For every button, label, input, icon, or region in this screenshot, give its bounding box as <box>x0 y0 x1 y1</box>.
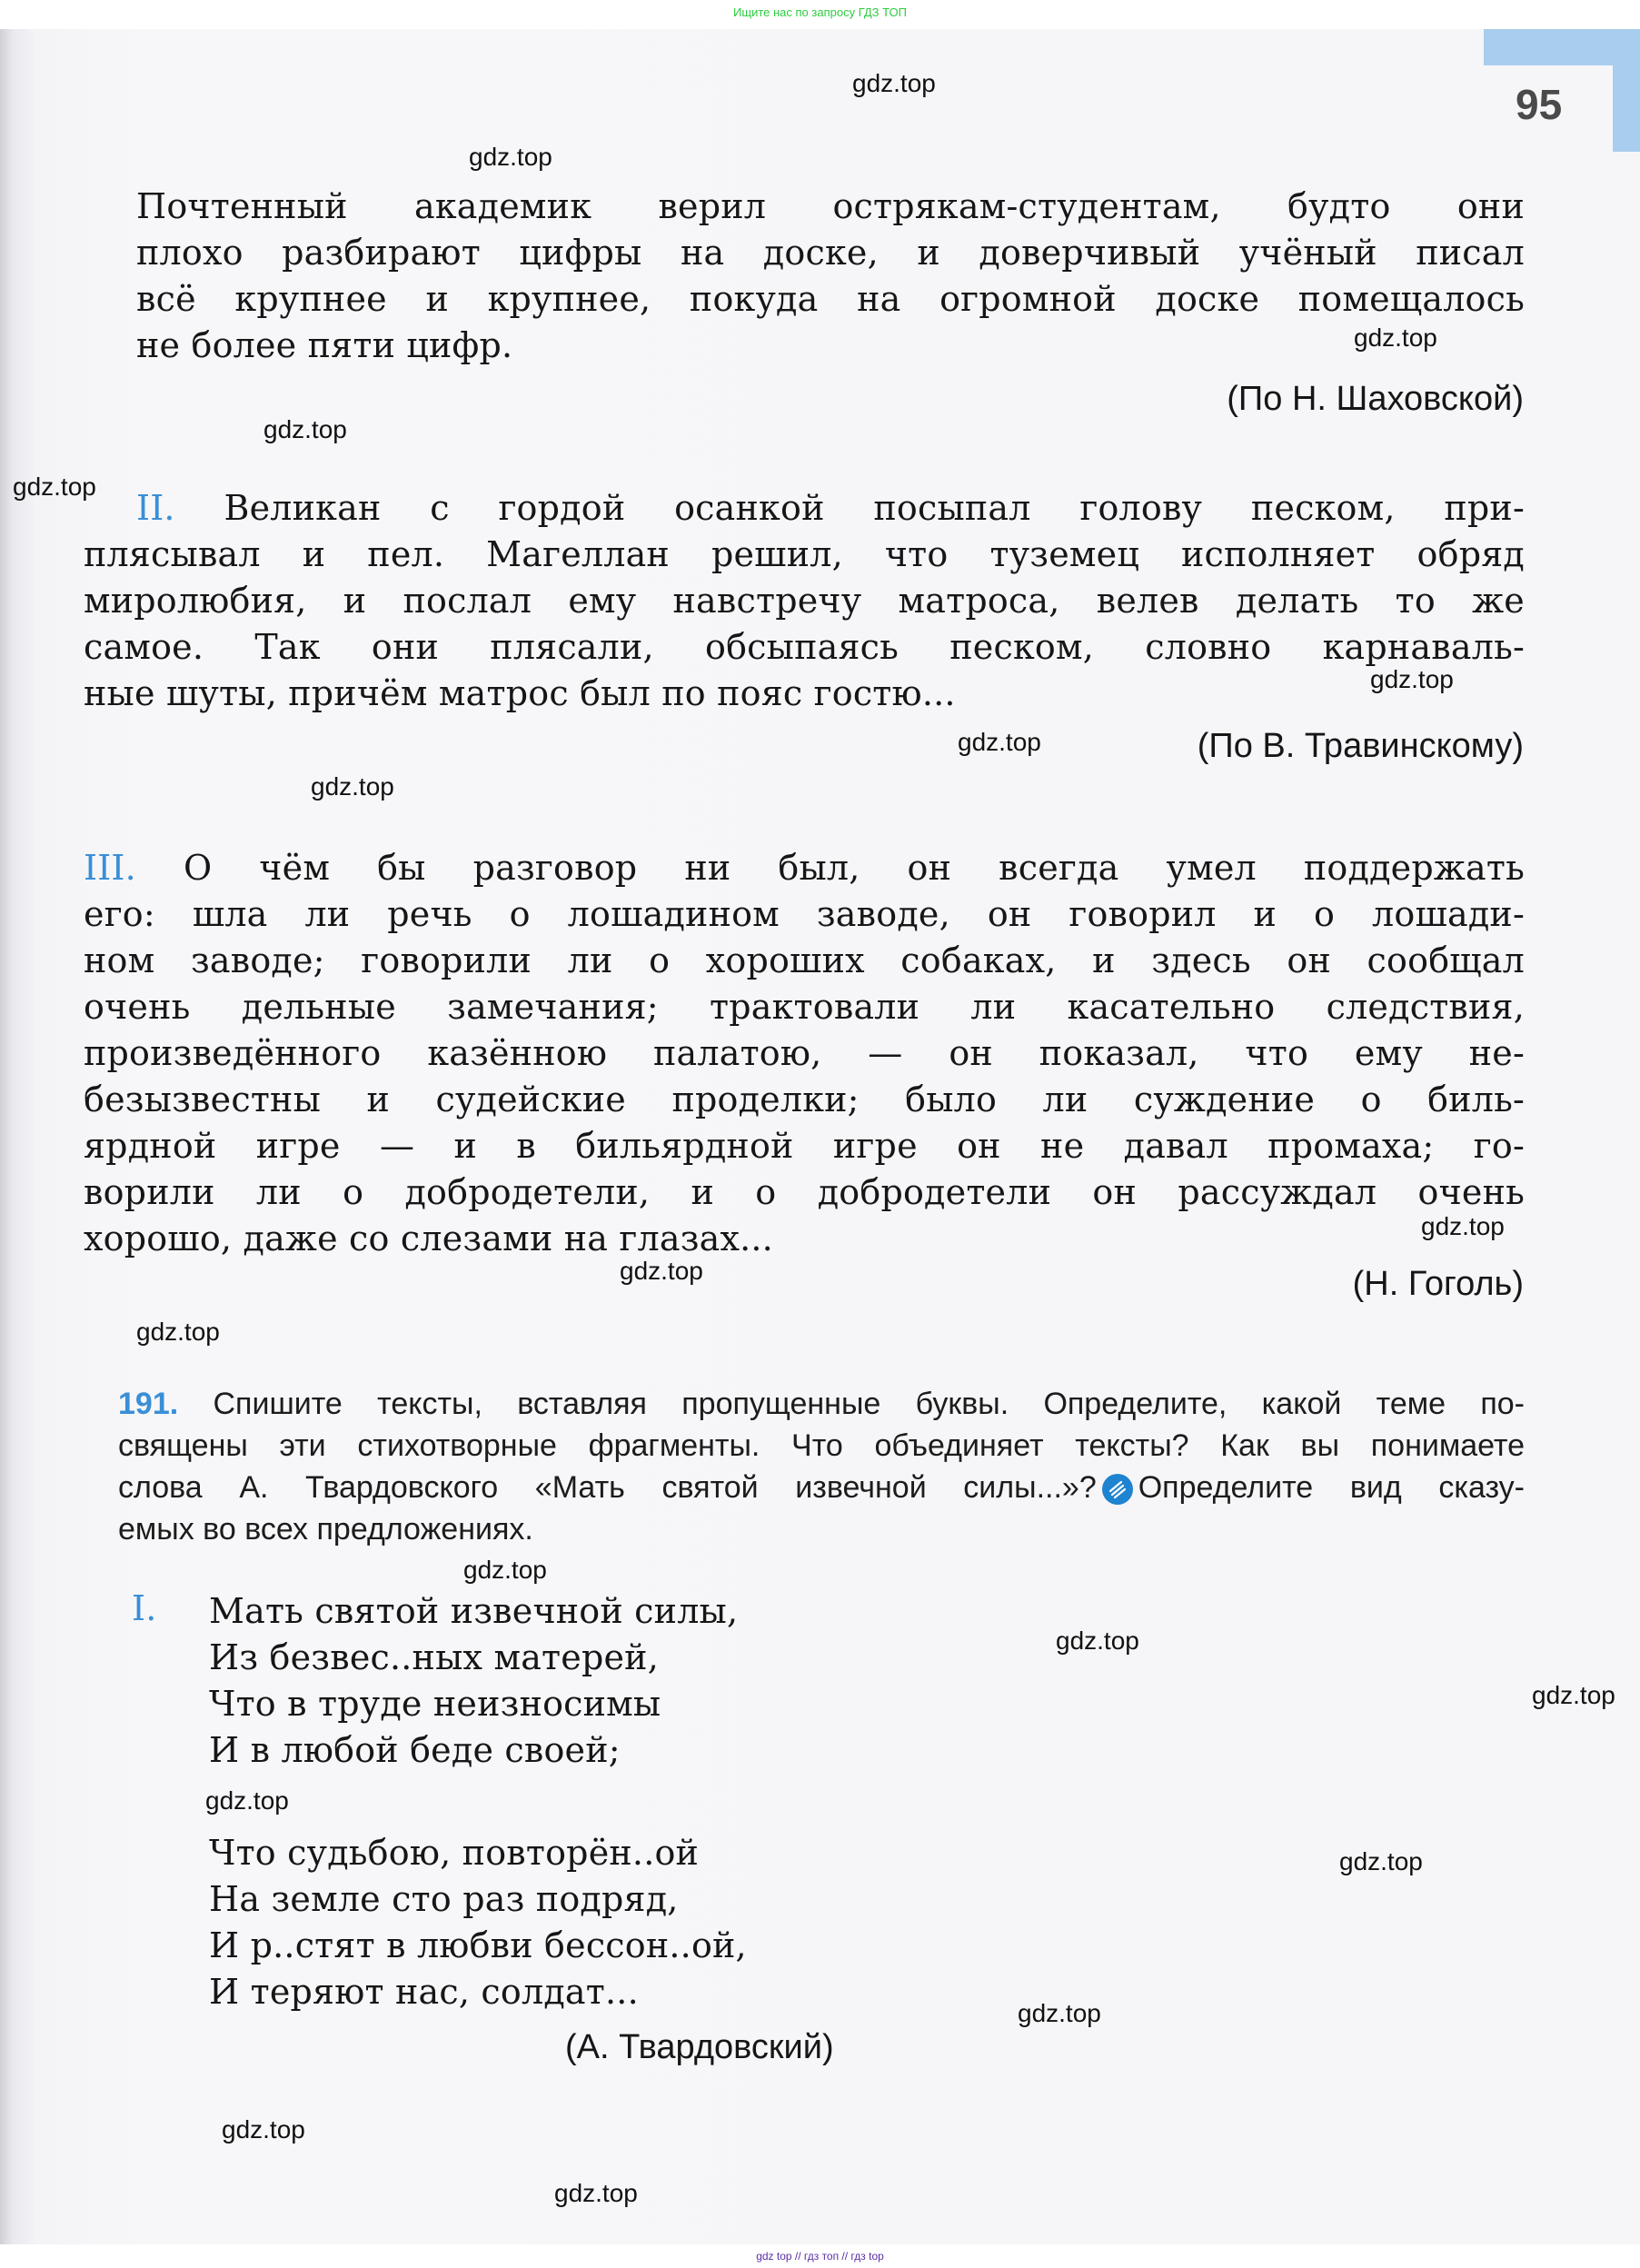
text-line: ворили ли о добродетели, и о добродетели… <box>84 1169 1525 1216</box>
poem-line: Что судьбою, повторён..ой <box>209 1830 747 1876</box>
task-line: емых во всех предложениях. <box>118 1508 1525 1550</box>
watermark: gdz.top <box>463 1556 547 1585</box>
watermark: gdz.top <box>222 2115 305 2144</box>
bottom-banner: gdz top // гдз топ // гдз top <box>0 2244 1640 2268</box>
roman-numeral: I. <box>132 1588 157 1628</box>
text-line: хорошо, даже со слезами на глазах... <box>84 1216 1525 1262</box>
poem-line: Мать святой извечной силы, <box>209 1588 738 1635</box>
poem-line: И р..стят в любви бессон..ой, <box>209 1923 747 1969</box>
watermark: gdz.top <box>554 2179 638 2208</box>
text-excerpt-2: II. Великан с гордой осанкой посыпал гол… <box>136 485 1525 717</box>
roman-numeral: III. <box>84 848 136 888</box>
poem-stanza-2: Что судьбою, повторён..ой На земле сто р… <box>209 1830 747 2015</box>
source-attribution: (По Н. Шаховской) <box>1227 380 1524 419</box>
task-line: слова А. Твардовского «Мать святой извеч… <box>118 1467 1525 1508</box>
text-line: III. О чём бы разговор ни был, он всегда… <box>84 845 1525 891</box>
text-line: не более пяти цифр. <box>136 323 1525 369</box>
watermark: gdz.top <box>263 415 347 444</box>
text-line: самое. Так они плясали, обсыпаясь песком… <box>84 624 1525 671</box>
task-line: 191. Спишите тексты, вставляя пропущенны… <box>118 1383 1525 1425</box>
exercise-191: 191. Спишите тексты, вставляя пропущенны… <box>118 1383 1525 1550</box>
text-line: ярдной игре — и в бильярдной игре он не … <box>84 1123 1525 1169</box>
watermark: gdz.top <box>1532 1681 1615 1710</box>
text-line: Почтенный академик верил острякам-студен… <box>136 184 1525 230</box>
watermark: gdz.top <box>1018 1999 1101 2028</box>
watermark: gdz.top <box>13 472 96 502</box>
watermark: gdz.top <box>136 1318 220 1347</box>
text-excerpt-1: Почтенный академик верил острякам-студен… <box>136 184 1525 369</box>
watermark: gdz.top <box>469 143 552 172</box>
watermark: gdz.top <box>1354 323 1437 353</box>
watermark: gdz.top <box>1339 1847 1423 1876</box>
top-banner: Ищите нас по запросу ГДЗ ТОП <box>0 0 1640 29</box>
task-line: священы эти стихотворные фрагменты. Что … <box>118 1425 1525 1467</box>
pencil-icon <box>1102 1474 1133 1505</box>
text-line: плясывал и пел. Магеллан решил, что тузе… <box>84 532 1525 578</box>
watermark: gdz.top <box>205 1786 289 1815</box>
poem-line: И в любой беде своей; <box>209 1727 738 1774</box>
watermark: gdz.top <box>1056 1626 1139 1656</box>
exercise-number: 191. <box>118 1387 178 1421</box>
watermark: gdz.top <box>311 772 394 801</box>
text-line: миролюбия, и послал ему навстречу матрос… <box>84 578 1525 624</box>
text-line: ном заводе; говорили ли о хороших собака… <box>84 938 1525 984</box>
text-line: II. Великан с гордой осанкой посыпал гол… <box>136 485 1525 532</box>
page-number: 95 <box>1516 80 1562 129</box>
text-line: всё крупнее и крупнее, покуда на огромно… <box>136 276 1525 323</box>
poem-stanza-1: Мать святой извечной силы, Из безвес..ны… <box>209 1588 738 1774</box>
text-line: очень дельные замечания; трактовали ли к… <box>84 984 1525 1030</box>
watermark: gdz.top <box>1370 665 1454 694</box>
text-line: его: шла ли речь о лошадином заводе, он … <box>84 891 1525 938</box>
text-line: плохо разбирают цифры на доске, и доверч… <box>136 230 1525 276</box>
corner-decoration-side <box>1613 29 1640 152</box>
text-line: безызвестны и судейские проделки; было л… <box>84 1077 1525 1123</box>
watermark: gdz.top <box>852 69 936 98</box>
roman-numeral: II. <box>136 488 175 528</box>
search-hint-text: Ищите нас по запросу ГДЗ ТОП <box>733 5 907 19</box>
poem-line: И теряют нас, солдат... <box>209 1969 747 2015</box>
source-attribution: (По В. Травинскому) <box>1198 727 1524 766</box>
poem-line: Что в труде неизносимы <box>209 1681 738 1727</box>
watermark: gdz.top <box>620 1257 703 1286</box>
poem-line: На земле сто раз подряд, <box>209 1876 747 1923</box>
footer-text: gdz top // гдз топ // гдз top <box>756 2250 884 2263</box>
watermark: gdz.top <box>958 728 1041 757</box>
text-line: произведённого казённою палатою, — он по… <box>84 1030 1525 1077</box>
source-attribution: (А. Твардовский) <box>565 2028 834 2067</box>
text-excerpt-3: III. О чём бы разговор ни был, он всегда… <box>84 845 1525 1262</box>
text-line: ные шуты, причём матрос был по пояс гост… <box>84 671 1525 717</box>
poem-line: Из безвес..ных матерей, <box>209 1635 738 1681</box>
watermark: gdz.top <box>1421 1212 1505 1241</box>
source-attribution: (Н. Гоголь) <box>1353 1265 1524 1304</box>
